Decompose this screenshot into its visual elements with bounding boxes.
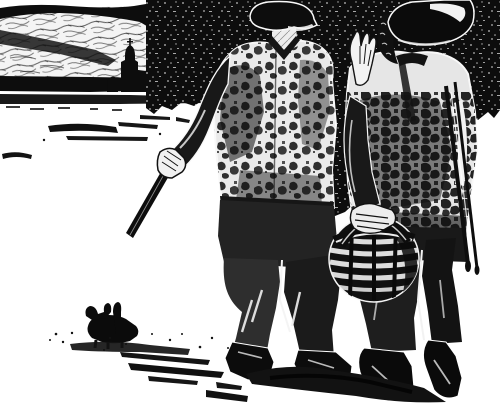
ink-speck: [43, 139, 45, 141]
rod-tip: [475, 265, 480, 275]
ink-illustration: Pen-and-ink illustration: two boys walki…: [0, 0, 500, 411]
ink-speck: [159, 133, 161, 135]
illustration-canvas: Pen-and-ink illustration: two boys walki…: [0, 0, 500, 411]
rod-tip: [465, 260, 471, 272]
